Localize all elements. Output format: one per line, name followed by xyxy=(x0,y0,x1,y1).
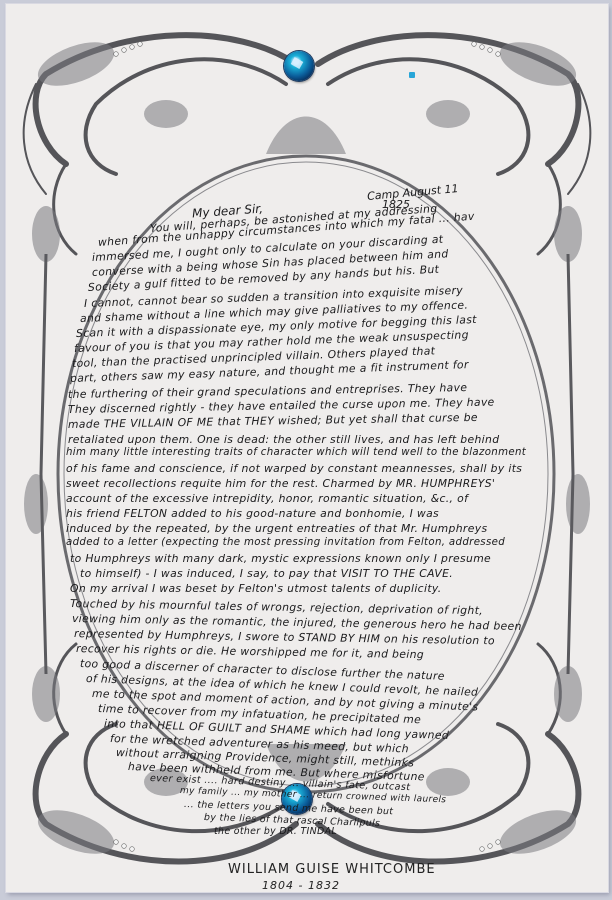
body-line: of his fame and conscience, if not warpe… xyxy=(66,462,522,475)
signature-years: 1804 - 1832 xyxy=(262,879,340,892)
body-line: retaliated upon them. One is dead: the o… xyxy=(68,433,499,446)
body-line: him many little interesting traits of ch… xyxy=(66,447,526,458)
body-line: added to a letter (expecting the most pr… xyxy=(66,537,505,548)
body-line: account of the excessive intrepidity, ho… xyxy=(66,492,468,505)
signature-name: WILLIAM GUISE WHITCOMBE xyxy=(228,862,436,877)
body-line: induced by the repeated, by the urgent e… xyxy=(66,522,487,535)
body-line: On my arrival I was beset by Felton's ut… xyxy=(70,582,442,595)
letter-text: Camp August 11 1825 My dear Sir, You wil… xyxy=(0,0,612,900)
body-line: the other by DR. TINDAL xyxy=(214,826,337,837)
body-line: to Humphreys with many dark, mystic expr… xyxy=(70,552,491,565)
body-line: his friend FELTON added to his good-natu… xyxy=(66,507,439,520)
place-date: Camp August 11 xyxy=(367,182,459,203)
body-line: to himself) - I was induced, I say, to p… xyxy=(80,567,453,580)
body-line: sweet recollections requite him for the … xyxy=(66,477,495,490)
